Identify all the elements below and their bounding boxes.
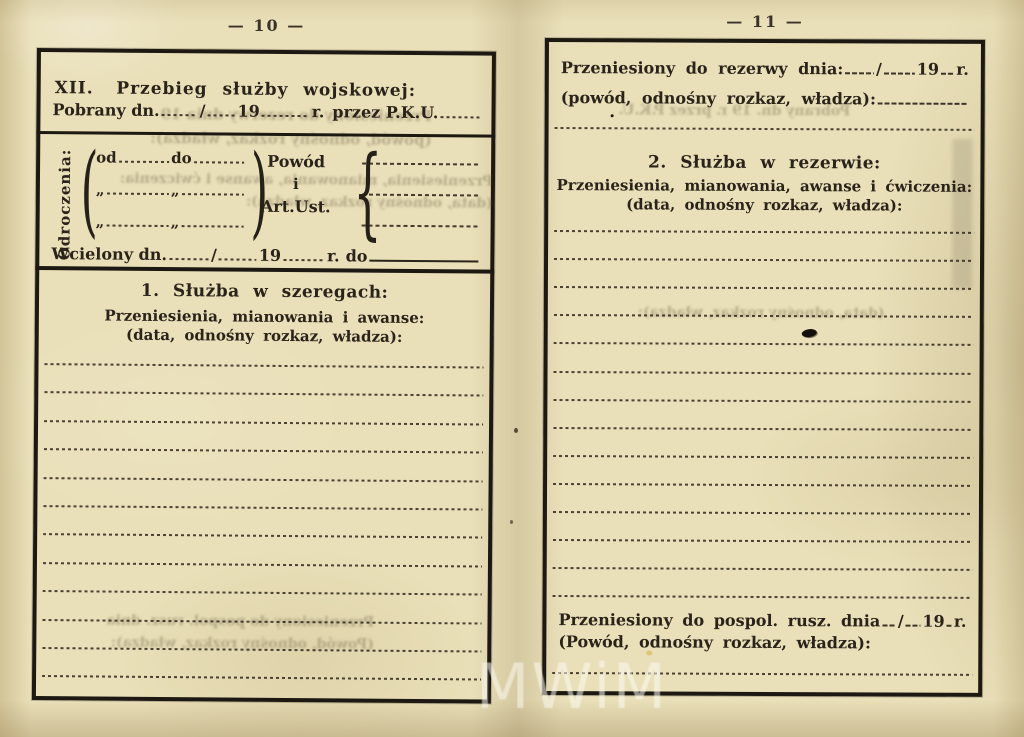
ink-speck [611, 114, 614, 117]
rezerwa-line: Przeniesiony do rezerwy dnia: / 19 r. [561, 58, 969, 79]
dotted-fill [283, 259, 325, 261]
dotted-fill [906, 625, 921, 627]
ruled-line [44, 391, 483, 396]
section2-subtitle2: (data, odnośny rozkaz, władza): [548, 195, 980, 215]
ruled-line [553, 455, 973, 459]
dotted-fill [882, 624, 896, 626]
dotted-fill [262, 115, 310, 117]
ditto-mark: „ [171, 181, 180, 199]
rezerwa-powod-line: (powód, odnośny rozkaz, władza): [561, 88, 969, 109]
opening-brace-glyph: { [353, 142, 382, 242]
dotted-fill [207, 114, 235, 116]
ruled-line [554, 371, 974, 375]
horizontal-rule [35, 266, 494, 274]
ruled-line [43, 590, 482, 595]
odroczenia-row-2: „ „ [96, 180, 246, 199]
stitch-mark [510, 520, 513, 524]
do-label: do [171, 149, 192, 167]
ruled-line [553, 539, 973, 543]
stitch-mark [514, 428, 518, 433]
i-label: i [254, 175, 338, 194]
right-page-content: Pobrany dn. 19 r. przez P.K.U. (data, od… [546, 42, 981, 693]
year-prefix: 19 [922, 612, 944, 631]
rezerwa-label: Przeniesiony do rezerwy dnia: [561, 58, 844, 78]
ditto-mark: „ [171, 213, 180, 231]
left-page-content: Przeniesiony do rezerwy dnia 19(powód, o… [36, 52, 492, 700]
ruled-line [554, 342, 974, 346]
solid-fill [369, 260, 478, 263]
pobrany-label: Pobrany dn. [52, 100, 159, 120]
wcielony-line: Wcielony dn. / 19 r. do [51, 244, 480, 266]
ruled-line [43, 562, 482, 567]
ruled-line [554, 230, 974, 234]
ruled-line [553, 399, 973, 403]
pospolite-label: Przeniesiony do pospol. rusz. dnia [558, 610, 880, 630]
odroczenia-row-1: od do [96, 148, 246, 167]
ink-blot [801, 328, 817, 338]
ruled-line [554, 286, 974, 290]
r-suffix: r. [956, 60, 969, 79]
ruled-lines [549, 42, 981, 44]
wcielony-do-label: do [346, 246, 368, 265]
art-ust-label: Art.Ust. [254, 197, 338, 217]
scanned-booklet-spread: — 10 — — 11 — Przeniesiony do rezerwy dn… [0, 0, 1024, 737]
ditto-mark: „ [96, 180, 105, 198]
section1-subtitle: Przeniesienia, mianowania i awanse: [39, 306, 490, 328]
year-prefix: 19 [917, 60, 939, 79]
dotted-fill [106, 193, 168, 195]
powod-paren-label: (powód, odnośny rozkaz, władza): [561, 88, 876, 108]
left-page-title: Przebieg służby wojskowej: [41, 78, 492, 102]
dotted-fill [194, 161, 245, 163]
ruled-line [553, 567, 973, 571]
ruled-line [553, 511, 973, 515]
ruled-line [553, 595, 973, 599]
slash: / [898, 612, 904, 631]
dotted-fill [181, 225, 243, 227]
ruled-line [44, 448, 483, 453]
archive-watermark: MWiM [432, 650, 712, 723]
od-label: od [96, 148, 117, 166]
ruled-line [555, 127, 975, 131]
ruled-line [554, 258, 974, 262]
ditto-mark: „ [96, 212, 105, 230]
odroczenia-row-3: „ „ [96, 212, 246, 231]
section2-subtitle: Przeniesienia, mianowania, awanse i ćwic… [548, 176, 980, 196]
ruled-line [42, 647, 481, 652]
dotted-fill [845, 72, 874, 74]
przez-label: przez P.K.U. [332, 102, 438, 122]
pobrany-line: Pobrany dn. / 19 r. przez P.K.U. [52, 100, 481, 122]
ruled-line [44, 420, 483, 425]
right-page-number: — 11 — [545, 12, 985, 31]
ruled-line [554, 314, 974, 318]
dotted-fill [119, 161, 170, 163]
r-suffix: r. [312, 102, 325, 121]
section2-title: 2. Służba w rezerwie: [548, 152, 980, 174]
left-page-frame: Przeniesiony do rezerwy dnia 19(powód, o… [32, 48, 496, 704]
ruled-line [42, 675, 481, 680]
dotted-fill [106, 225, 168, 227]
dotted-fill [440, 116, 479, 118]
dotted-fill [181, 193, 243, 195]
left-page-number: — 10 — [37, 16, 496, 35]
dotted-fill [169, 258, 209, 260]
ruled-line [43, 505, 482, 510]
year-prefix: 19 [259, 246, 281, 265]
ruled-line [43, 619, 482, 624]
r-suffix: r. [954, 612, 967, 631]
ruled-line [553, 427, 973, 431]
right-page-frame: Pobrany dn. 19 r. przez P.K.U. (data, od… [542, 38, 985, 697]
r-suffix: r. [327, 246, 340, 265]
wcielony-label: Wcielony dn. [51, 244, 167, 264]
slash: / [211, 245, 217, 264]
ruled-lines [41, 52, 492, 56]
slash: / [876, 59, 882, 78]
ruled-line [45, 363, 484, 368]
ruled-line [553, 483, 973, 487]
ruled-line [43, 533, 482, 538]
slash: / [200, 101, 206, 120]
dotted-fill [947, 625, 952, 627]
dotted-fill [162, 114, 198, 116]
dotted-fill [878, 102, 967, 104]
pospolite-line: Przeniesiony do pospol. rusz. dnia / 19 … [558, 610, 966, 631]
year-prefix: 19 [237, 102, 259, 121]
dotted-fill [941, 73, 954, 75]
section1-title: 1. Służba w szeregach: [39, 280, 490, 304]
section1-subtitle2: (data, odnośny rozkaz, władza): [39, 325, 490, 347]
dotted-fill [219, 258, 257, 260]
dotted-fill [884, 72, 915, 74]
ruled-line [44, 477, 483, 482]
powod-label: Powód [254, 152, 338, 172]
